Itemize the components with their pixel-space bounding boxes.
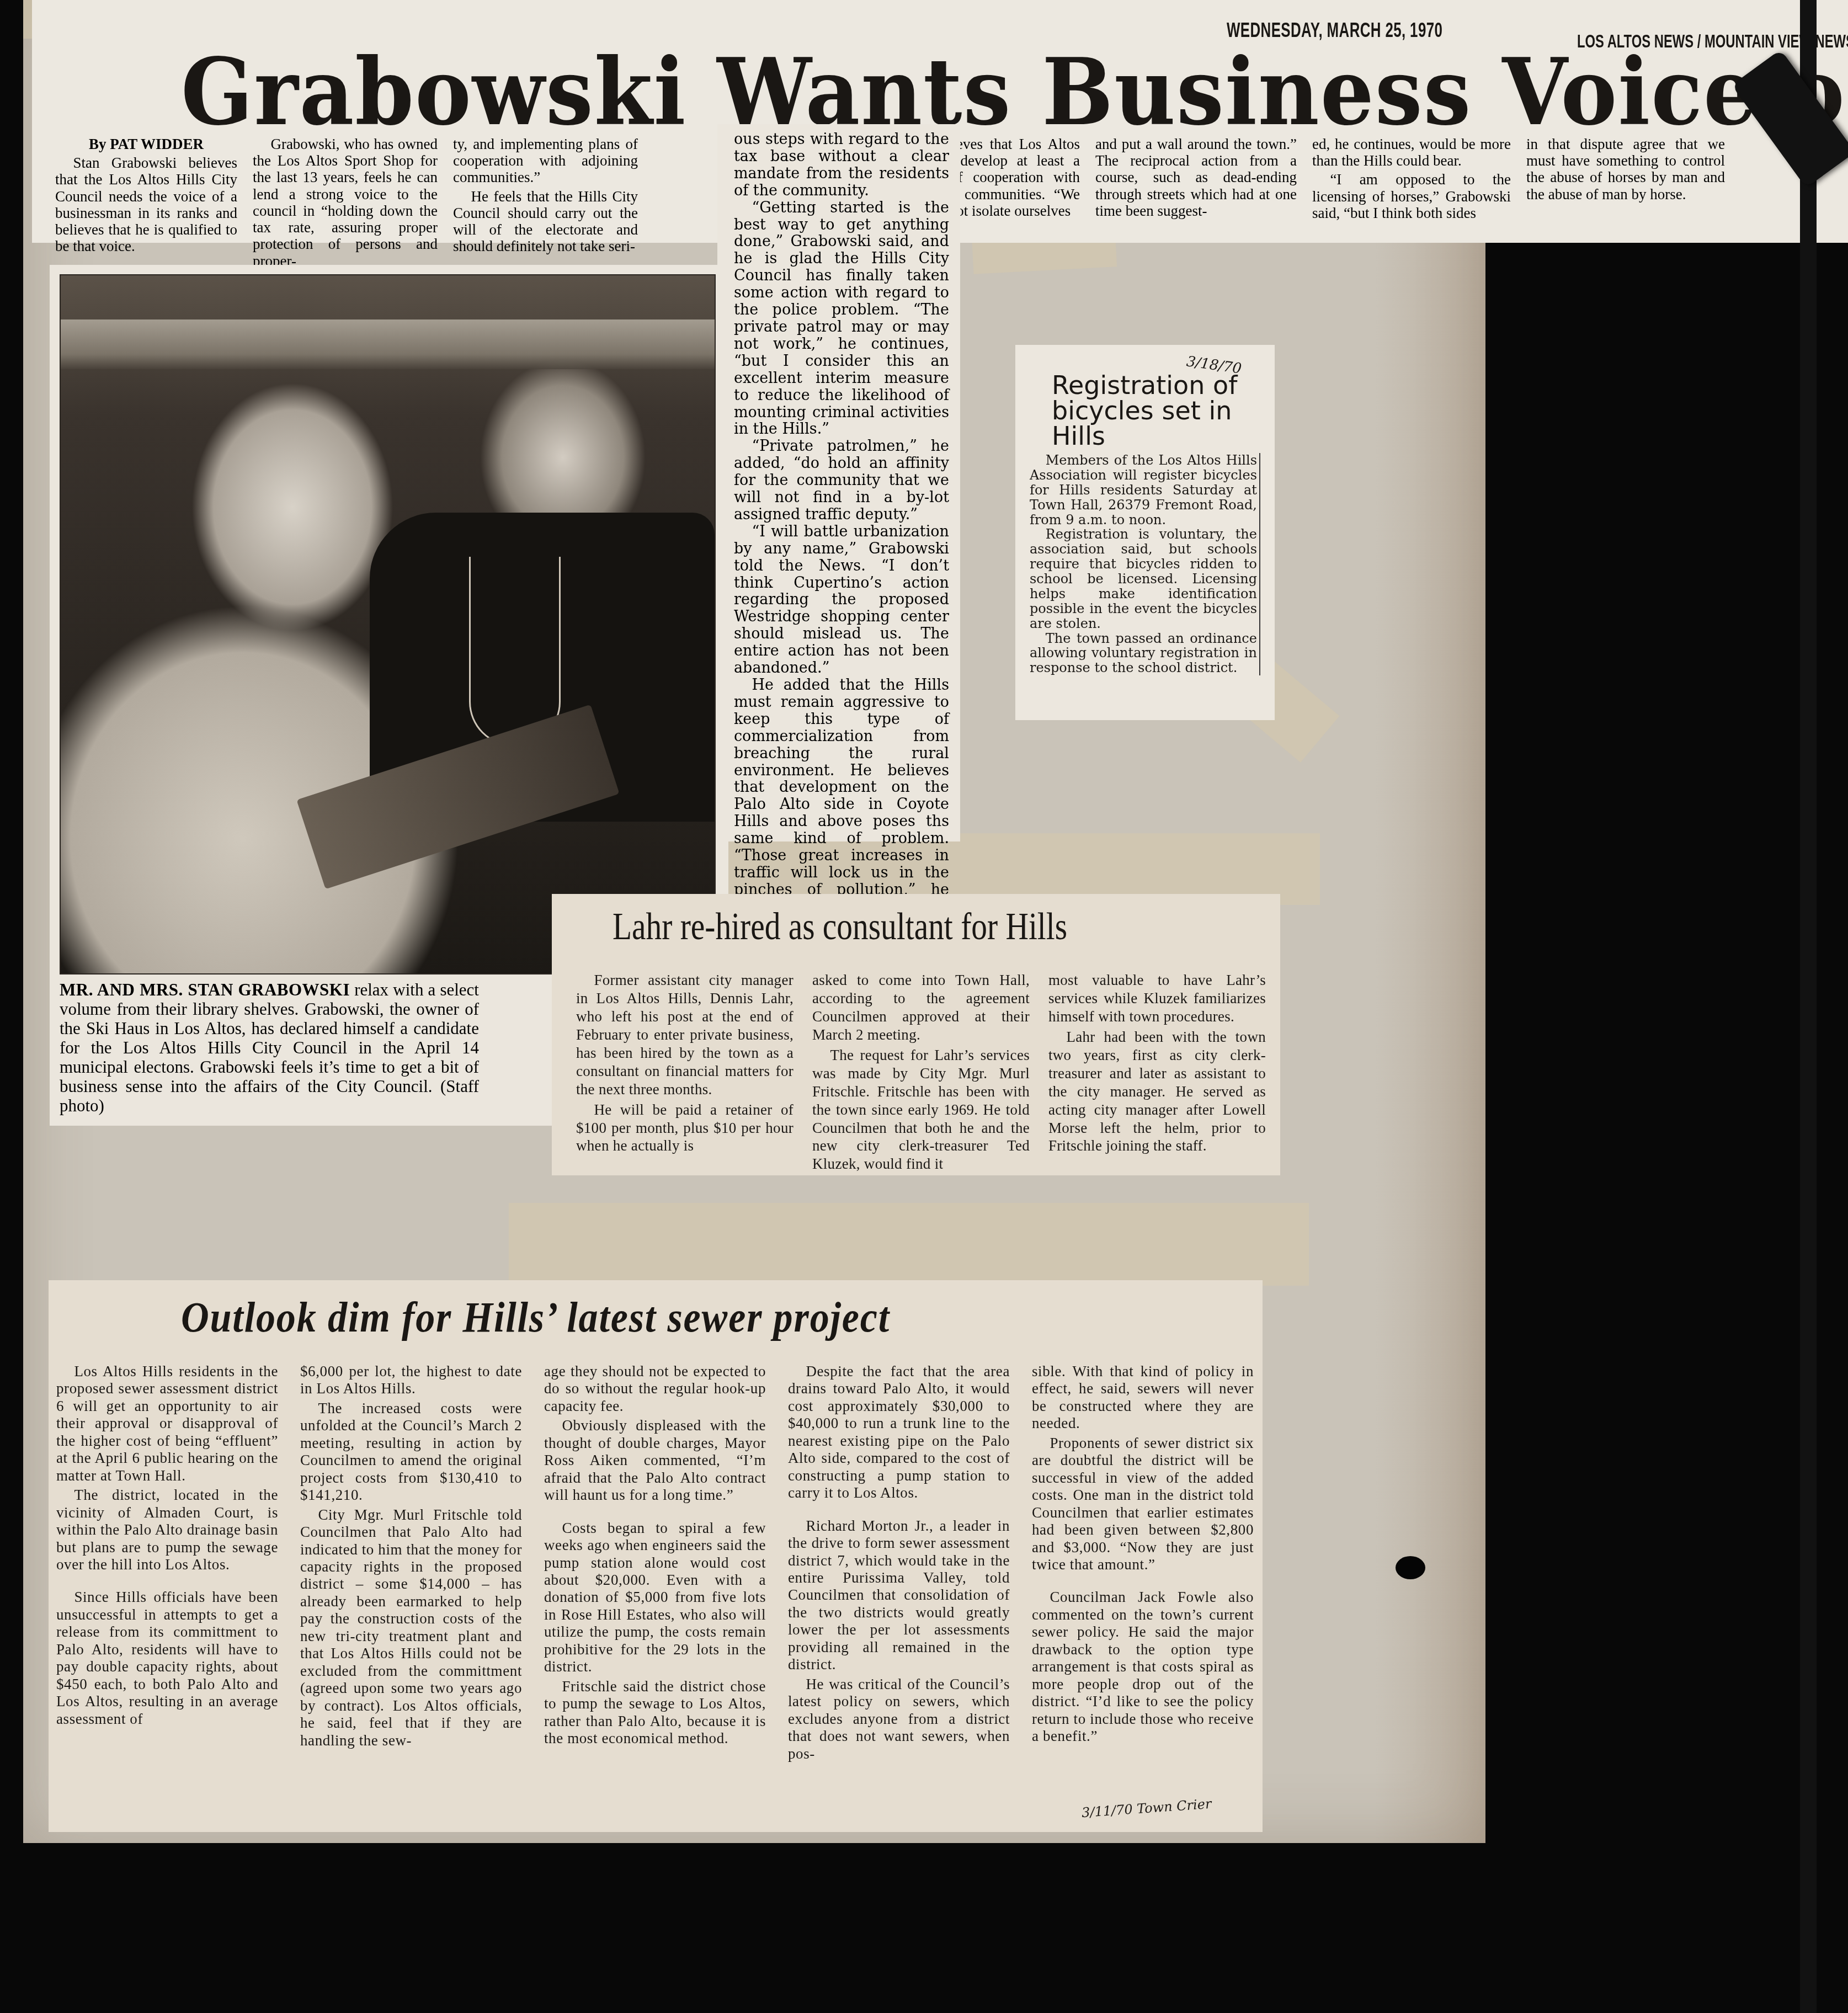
sewer-project-clipping: Outlook dim for Hills’ latest sewer proj… xyxy=(49,1280,1263,1832)
article-paragraph: “I will battle urbanization by any name,… xyxy=(734,524,949,677)
article-column: ed, he continues, would be more than the… xyxy=(1312,136,1511,269)
article-paragraph: in that dispute agree that we must have … xyxy=(1526,136,1725,203)
article-column: in that dispute agree that we must have … xyxy=(1526,136,1725,269)
article-paragraph: Councilman Jack Fowle also commented on … xyxy=(1032,1589,1254,1745)
article-column: most valuable to have Lahr’s services wh… xyxy=(1048,971,1266,1173)
article-paragraph: sible. With that kind of policy in effec… xyxy=(1032,1363,1254,1432)
article-column: Los Altos Hills residents in the propose… xyxy=(56,1363,278,1762)
article-paragraph: $6,000 per lot, the highest to date in L… xyxy=(300,1363,522,1398)
binder-rail xyxy=(1800,0,1817,2013)
article-paragraph: Fritschle said the district chose to pum… xyxy=(544,1678,766,1748)
article-paragraph: Lahr had been with the town two years, f… xyxy=(1048,1028,1266,1155)
article-paragraph: most valuable to have Lahr’s services wh… xyxy=(1048,971,1266,1026)
caption-names: MR. AND MRS. STAN GRABOWSKI xyxy=(60,980,350,999)
article-paragraph: He will be paid a retainer of $100 per m… xyxy=(576,1101,793,1155)
tape-strip xyxy=(509,1203,1309,1286)
article-paragraph: “Getting started is the best way to get … xyxy=(734,200,949,439)
article-paragraph: Costs began to spiral a few weeks ago wh… xyxy=(544,1520,766,1676)
article-paragraph: ous steps with regard to the tax base wi… xyxy=(734,131,949,200)
punch-hole xyxy=(1396,1556,1425,1579)
article-column: Grabowski, who has owned the Los Altos S… xyxy=(253,136,438,269)
article-paragraph: He was critical of the Council’s latest … xyxy=(788,1676,1010,1762)
article-paragraph: He added that the Hills must remain aggr… xyxy=(734,677,949,916)
necklace-detail xyxy=(469,557,561,746)
article-column: Despite the fact that the area drains to… xyxy=(788,1363,1010,1762)
article-paragraph: The increased costs were unfolded at the… xyxy=(300,1400,522,1504)
article-paragraph: Obviously displeased with the thought of… xyxy=(544,1417,766,1504)
bicycle-registration-clipping: 3/18/70 Registration of bicycles set in … xyxy=(1015,345,1275,720)
article-column: age they should not be expected to do so… xyxy=(544,1363,766,1762)
article-paragraph: Members of the Los Altos Hills Associati… xyxy=(1030,453,1257,527)
article-paragraph: Despite the fact that the area drains to… xyxy=(788,1363,1010,1502)
article-paragraph: ty, and implementing plans of cooperatio… xyxy=(453,136,638,186)
bicycle-headline: Registration of bicycles set in Hills xyxy=(1052,372,1260,449)
article-column: asked to come into Town Hall, according … xyxy=(812,971,1030,1173)
photo-caption: MR. AND MRS. STAN GRABOWSKI relax with a… xyxy=(60,980,479,1115)
article-paragraph: He feels that the Hills City Council sho… xyxy=(453,188,638,255)
article-column: ty, and implementing plans of cooperatio… xyxy=(453,136,638,269)
article-paragraph: The town passed an ordinance allowing vo… xyxy=(1030,631,1257,676)
article-paragraph: Former assistant city manager in Los Alt… xyxy=(576,971,793,1099)
article-paragraph: Since Hills officials have been unsucces… xyxy=(56,1589,278,1728)
lahr-consultant-clipping: Lahr re-hired as consultant for Hills Fo… xyxy=(552,894,1280,1175)
lahr-article-columns: Former assistant city manager in Los Alt… xyxy=(576,971,1266,1173)
article-column: and put a wall around the town.” The rec… xyxy=(1095,136,1297,269)
article-paragraph: Registration is voluntary, the associati… xyxy=(1030,527,1257,631)
article-column: Former assistant city manager in Los Alt… xyxy=(576,971,793,1173)
article-paragraph: The district, located in the vicinity of… xyxy=(56,1487,278,1573)
main-article-continuation-text: ous steps with regard to the tax base wi… xyxy=(734,131,949,933)
byline: By PAT WIDDER xyxy=(55,136,237,152)
bicycle-article-body: Members of the Los Altos Hills Associati… xyxy=(1030,453,1260,675)
article-paragraph: Richard Morton Jr., a leader in the driv… xyxy=(788,1517,1010,1674)
grabowski-photo xyxy=(60,274,716,974)
article-paragraph: Grabowski, who has owned the Los Altos S… xyxy=(253,136,438,269)
article-column: $6,000 per lot, the highest to date in L… xyxy=(300,1363,522,1762)
article-paragraph: The request for Lahr’s services was made… xyxy=(812,1046,1030,1174)
article-paragraph: “Private patrolmen,” he added, “do hold … xyxy=(734,438,949,524)
picture-frame-detail xyxy=(61,319,715,369)
article-column: By PAT WIDDER Stan Grabowski believes th… xyxy=(55,136,237,269)
article-column: sible. With that kind of policy in effec… xyxy=(1032,1363,1254,1762)
article-paragraph: and put a wall around the town.” The rec… xyxy=(1095,136,1297,219)
article-paragraph: Stan Grabowski believes that the Los Alt… xyxy=(55,155,237,254)
sewer-article-columns: Los Altos Hills residents in the propose… xyxy=(56,1363,1254,1762)
caption-text: relax with a select volume from their li… xyxy=(60,980,479,1115)
lahr-headline: Lahr re-hired as consultant for Hills xyxy=(613,905,1067,949)
article-paragraph: age they should not be expected to do so… xyxy=(544,1363,766,1415)
article-paragraph: asked to come into Town Hall, according … xyxy=(812,971,1030,1044)
article-paragraph: City Mgr. Murl Fritschle told Councilmen… xyxy=(300,1506,522,1749)
article-paragraph: “I am opposed to the licensing of horses… xyxy=(1312,171,1511,221)
main-headline: Grabowski Wants Business Voice on Counci… xyxy=(181,39,1848,146)
article-paragraph: Proponents of sewer district six are dou… xyxy=(1032,1435,1254,1574)
sewer-headline: Outlook dim for Hills’ latest sewer proj… xyxy=(181,1292,890,1342)
article-paragraph: Los Altos Hills residents in the propose… xyxy=(56,1363,278,1484)
article-paragraph: ed, he continues, would be more than the… xyxy=(1312,136,1511,169)
